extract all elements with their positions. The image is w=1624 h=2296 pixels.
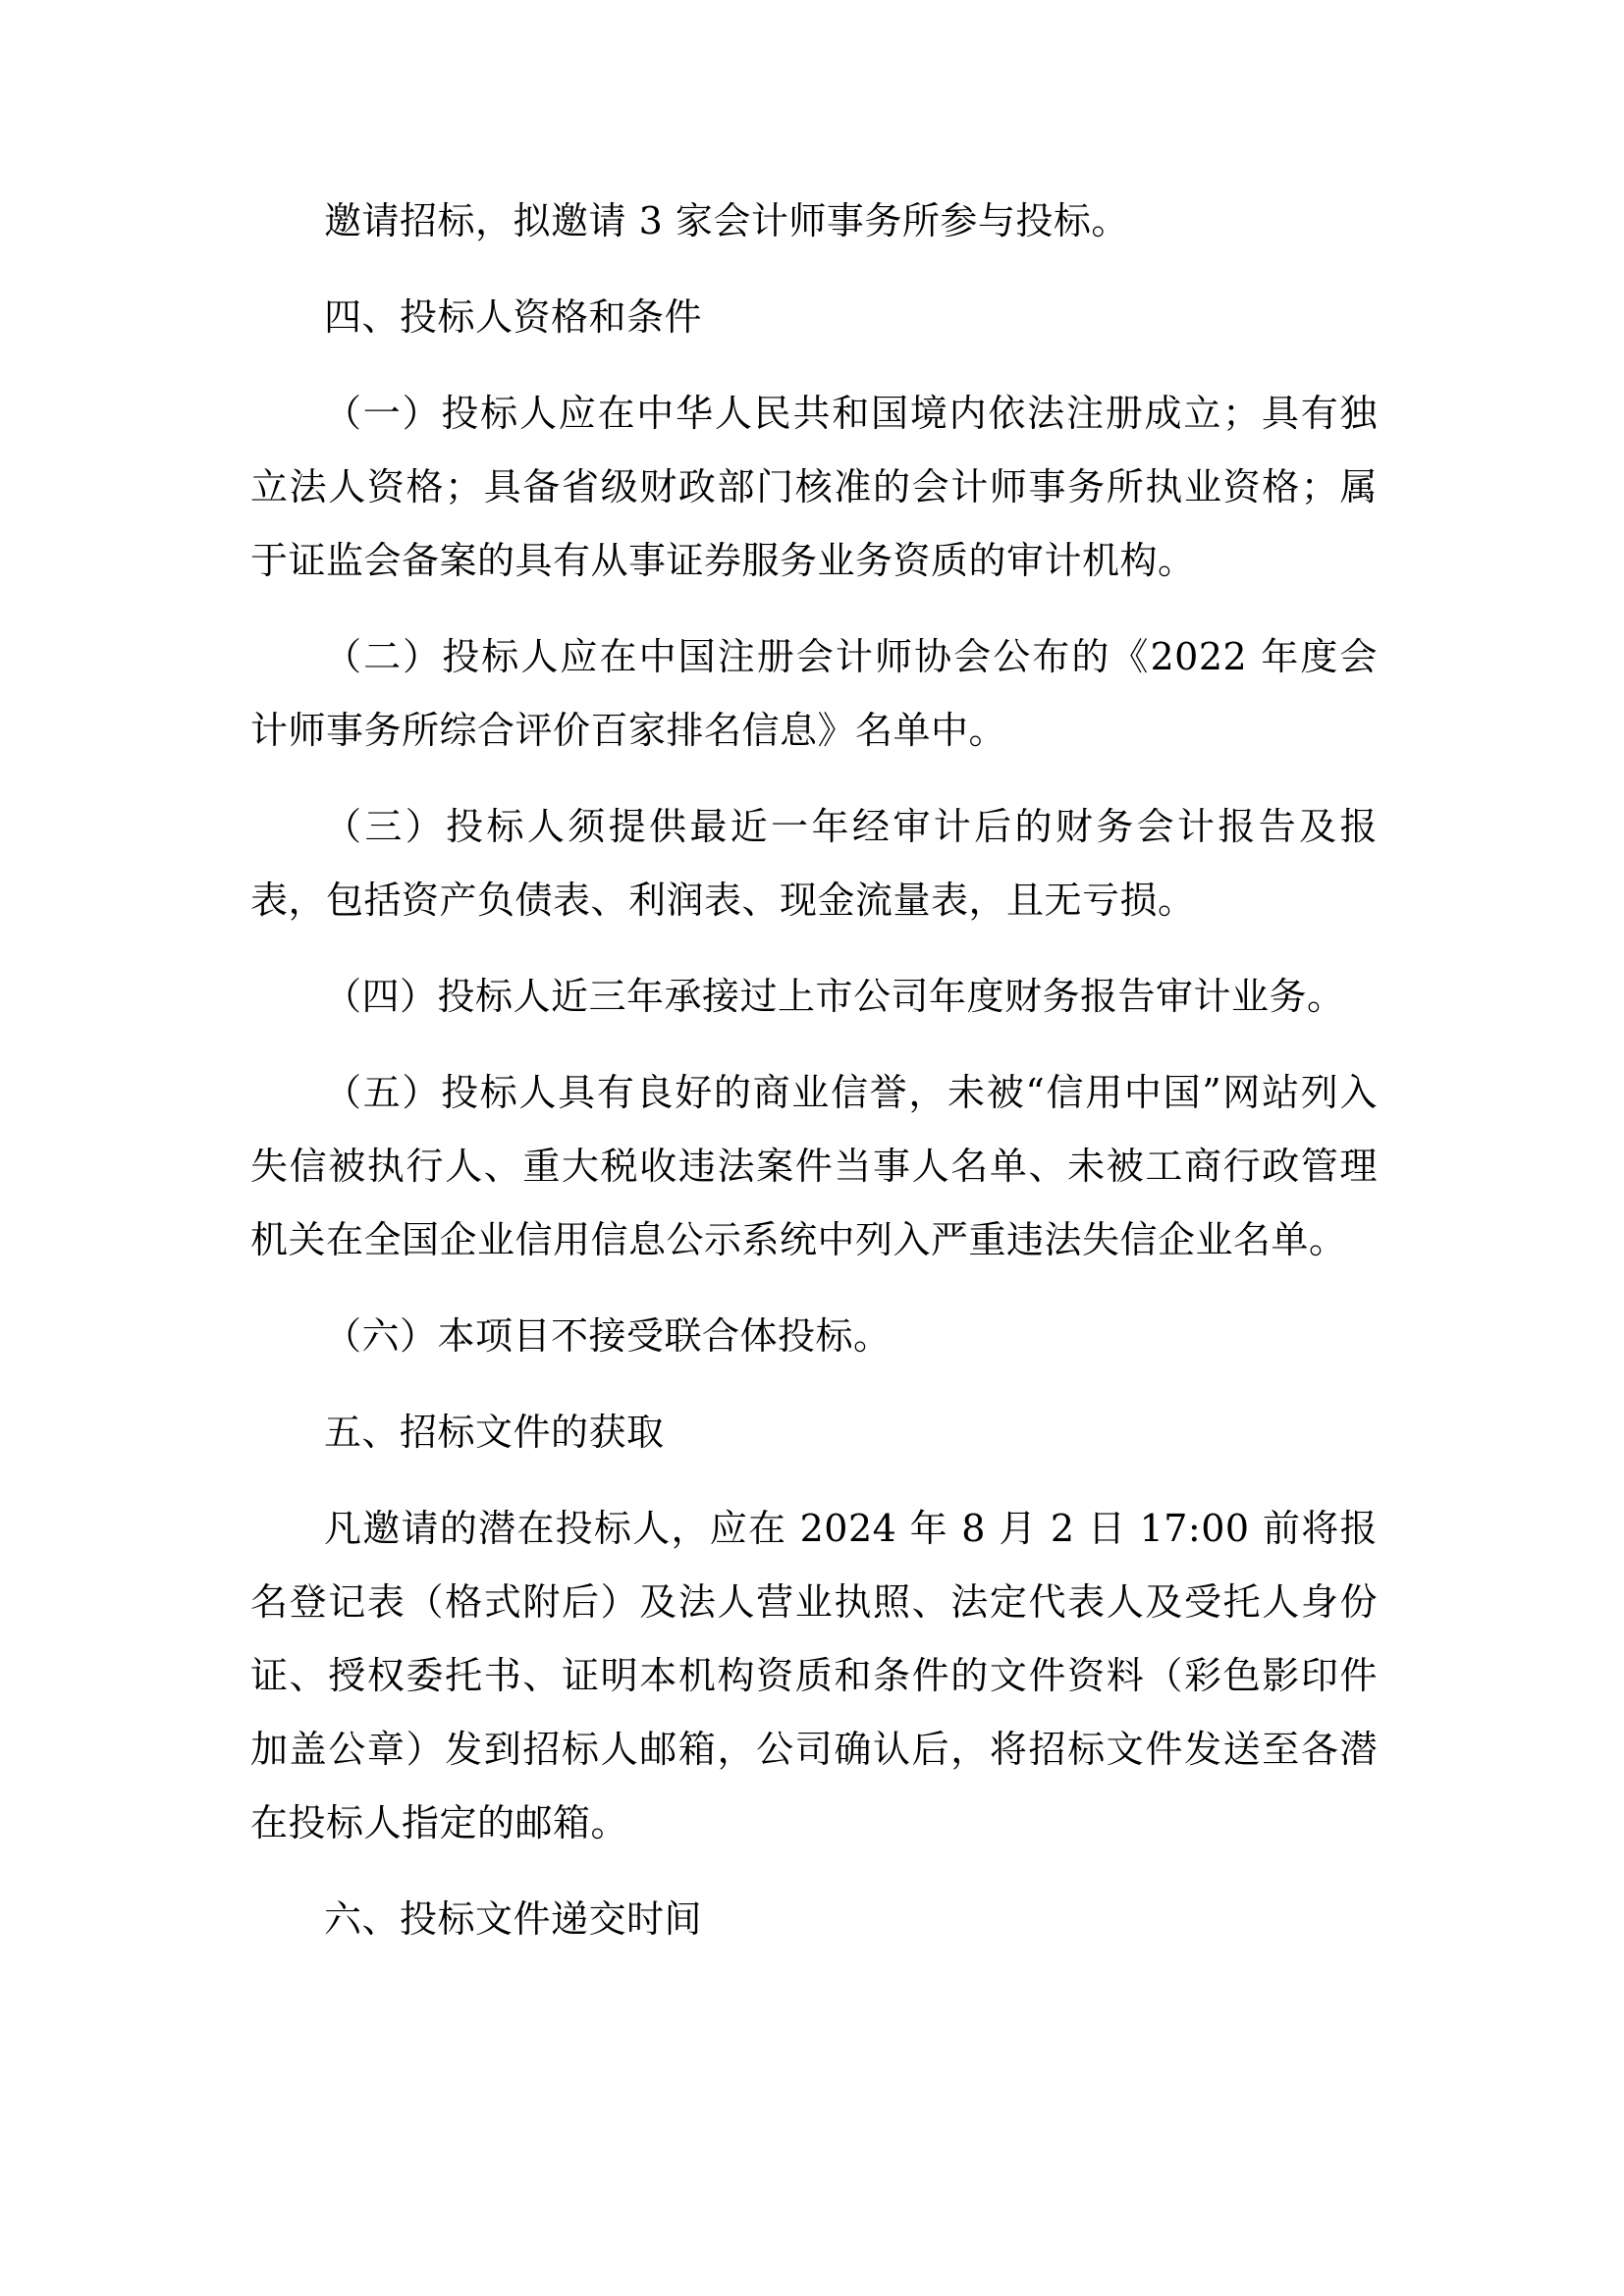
clause-4-listed-company-audit: （四）投标人近三年承接过上市公司年度财务报告审计业务。 [250, 960, 1378, 1034]
section-heading-submission-time: 六、投标文件递交时间 [250, 1883, 1378, 1956]
clause-6-no-consortium: （六）本项目不接受联合体投标。 [250, 1300, 1378, 1373]
paragraph-invitation-intro: 邀请招标，拟邀请 3 家会计师事务所参与投标。 [250, 185, 1378, 258]
document-body: 邀请招标，拟邀请 3 家会计师事务所参与投标。 四、投标人资格和条件 （一）投标… [250, 185, 1378, 1979]
clause-1-legal-registration: （一）投标人应在中华人民共和国境内依法注册成立；具有独立法人资格；具备省级财政部… [250, 377, 1378, 598]
clause-3-audited-financials: （三）投标人须提供最近一年经审计后的财务会计报告及报表，包括资产负债表、利润表、… [250, 790, 1378, 937]
section-heading-bidder-qualifications: 四、投标人资格和条件 [250, 281, 1378, 354]
section-heading-obtaining-documents: 五、招标文件的获取 [250, 1396, 1378, 1469]
paragraph-registration-instructions: 凡邀请的潜在投标人，应在 2024 年 8 月 2 日 17:00 前将报名登记… [250, 1492, 1378, 1860]
document-page: 邀请招标，拟邀请 3 家会计师事务所参与投标。 四、投标人资格和条件 （一）投标… [0, 0, 1624, 2296]
clause-5-credit-reputation: （五）投标人具有良好的商业信誉，未被“信用中国”网站列入失信被执行人、重大税收违… [250, 1056, 1378, 1277]
clause-2-cicpa-ranking: （二）投标人应在中国注册会计师协会公布的《2022 年度会计师事务所综合评价百家… [250, 620, 1378, 768]
